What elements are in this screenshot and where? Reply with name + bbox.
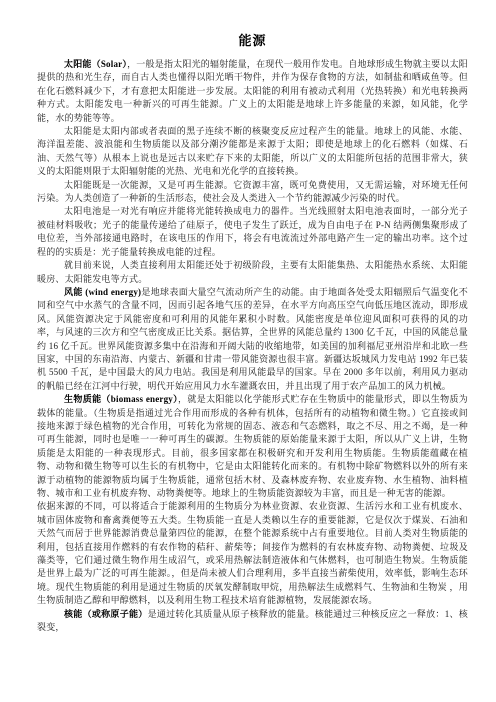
- page-title: 能源: [37, 30, 468, 49]
- paragraph-text: 太阳能既是一次能源，又是可再生能源。它资源丰富，既可免费使用，又无需运输，对环境…: [37, 180, 468, 203]
- paragraph-lead: 太阳能（Solar）: [64, 59, 127, 69]
- paragraph-solar-cell: 太阳电池是一对光有响应并能将光能转换成电力的器件。当光线照射太阳电池表面时，一部…: [37, 205, 468, 259]
- paragraph-lead: 风能 (wind energy): [64, 287, 141, 297]
- paragraph-text: 就目前来说，人类直接利用太阳能还处于初级阶段，主要有太阳能集热、太阳能热水系统、…: [37, 260, 468, 283]
- paragraph-text: 太阳能是太阳内部或者表面的黑子连续不断的核聚变反应过程产生的能量。地球上的风能、…: [37, 126, 468, 176]
- paragraph-text: 依据来源的不同，可以将适合于能源利用的生物质分为林业资源、农业资源、生活污水和工…: [37, 501, 468, 605]
- paragraph-nuclear-energy: 核能（或称原子能）是通过转化其质量从原子核释放的能量。核能通过三种核反应之一释放…: [37, 608, 468, 635]
- paragraph-text: ，就是太阳能以化学能形式贮存在生物质中的能量形式，即以生物质为载体的能量。（生物…: [37, 394, 468, 498]
- paragraph-solar-intro: 太阳能（Solar），一般是指太阳光的辐射能量，在现代一般用作发电。自地球形成生…: [37, 58, 468, 125]
- paragraph-solar-usage: 就目前来说，人类直接利用太阳能还处于初级阶段，主要有太阳能集热、太阳能热水系统、…: [37, 259, 468, 286]
- paragraph-biomass-categories: 依据来源的不同，可以将适合于能源利用的生物质分为林业资源、农业资源、生活污水和工…: [37, 500, 468, 607]
- document-page: 能源 太阳能（Solar），一般是指太阳光的辐射能量，在现代一般用作发电。自地球…: [0, 0, 496, 702]
- paragraph-text: 太阳电池是一对光有响应并能将光能转换成电力的器件。当光线照射太阳电池表面时，一部…: [37, 206, 468, 256]
- paragraph-text: 是地球表面大量空气流动所产生的动能。由于地面各处受太阳辐照后气温变化不同和空气中…: [37, 287, 468, 391]
- paragraph-lead: 生物质能（biomass energy）: [64, 394, 178, 404]
- paragraph-lead: 核能（或称原子能）: [64, 609, 148, 619]
- paragraph-wind-energy: 风能 (wind energy)是地球表面大量空气流动所产生的动能。由于地面各处…: [37, 286, 468, 393]
- paragraph-solar-origin: 太阳能是太阳内部或者表面的黑子连续不断的核聚变反应过程产生的能量。地球上的风能、…: [37, 125, 468, 179]
- paragraph-biomass-energy: 生物质能（biomass energy），就是太阳能以化学能形式贮存在生物质中的…: [37, 393, 468, 500]
- paragraph-solar-renewable: 太阳能既是一次能源，又是可再生能源。它资源丰富，既可免费使用，又无需运输，对环境…: [37, 179, 468, 206]
